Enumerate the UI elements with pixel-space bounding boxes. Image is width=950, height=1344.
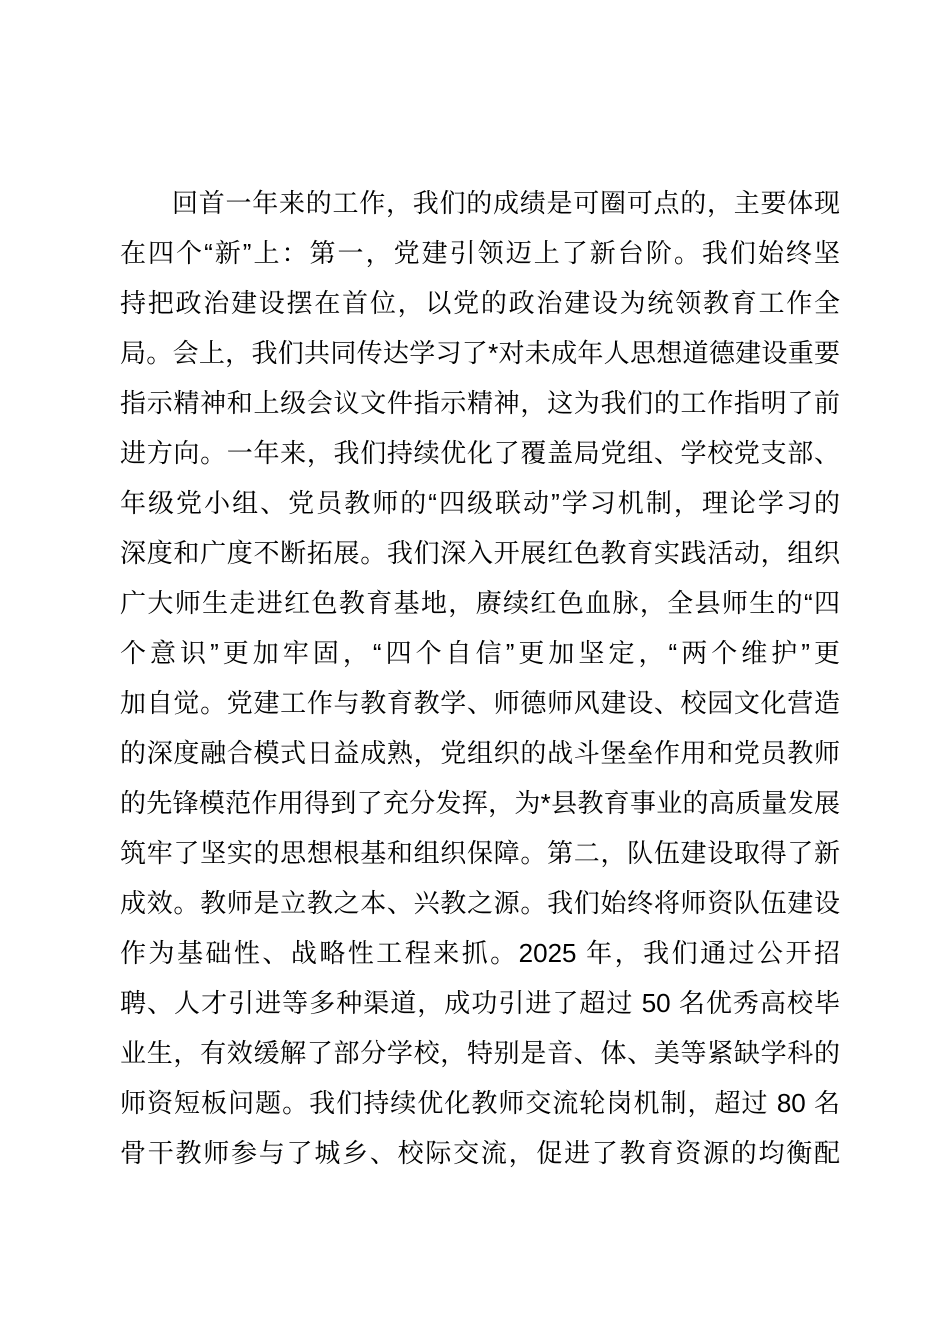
text-line: 业生，有效缓解了部分学校，特别是音、体、美等紧缺学科的 xyxy=(120,1028,840,1078)
text-line: 持把政治建设摆在首位，以党的政治建设为统领教育工作全 xyxy=(120,278,840,328)
text-line: 筑牢了坚实的思想根基和组织保障。第二，队伍建设取得了新 xyxy=(120,828,840,878)
text-line: 个意识”更加牢固，“四个自信”更加坚定，“两个维护”更 xyxy=(120,628,840,678)
text-line: 骨干教师参与了城乡、校际交流，促进了教育资源的均衡配 xyxy=(120,1128,840,1178)
text-line: 回首一年来的工作，我们的成绩是可圈可点的，主要体现 xyxy=(120,178,840,228)
text-line: 聘、人才引进等多种渠道，成功引进了超过 50 名优秀高校毕 xyxy=(120,978,840,1028)
text-line: 作为基础性、战略性工程来抓。2025 年，我们通过公开招 xyxy=(120,928,840,978)
text-line: 加自觉。党建工作与教育教学、师德师风建设、校园文化营造 xyxy=(120,678,840,728)
text-line: 广大师生走进红色教育基地，赓续红色血脉，全县师生的“四 xyxy=(120,578,840,628)
text-line: 成效。教师是立教之本、兴教之源。我们始终将师资队伍建设 xyxy=(120,878,840,928)
text-line: 的深度融合模式日益成熟，党组织的战斗堡垒作用和党员教师 xyxy=(120,728,840,778)
document-page: 回首一年来的工作，我们的成绩是可圈可点的，主要体现在四个“新”上：第一，党建引领… xyxy=(0,0,950,1344)
text-line: 的先锋模范作用得到了充分发挥，为*县教育事业的高质量发展 xyxy=(120,778,840,828)
text-line: 指示精神和上级会议文件指示精神，这为我们的工作指明了前 xyxy=(120,378,840,428)
text-line: 进方向。一年来，我们持续优化了覆盖局党组、学校党支部、 xyxy=(120,428,840,478)
text-line: 年级党小组、党员教师的“四级联动”学习机制，理论学习的 xyxy=(120,478,840,528)
text-line: 深度和广度不断拓展。我们深入开展红色教育实践活动，组织 xyxy=(120,528,840,578)
text-line: 局。会上，我们共同传达学习了*对未成年人思想道德建设重要 xyxy=(120,328,840,378)
body-paragraph: 回首一年来的工作，我们的成绩是可圈可点的，主要体现在四个“新”上：第一，党建引领… xyxy=(120,178,840,1178)
text-line: 师资短板问题。我们持续优化教师交流轮岗机制，超过 80 名 xyxy=(120,1078,840,1128)
text-line: 在四个“新”上：第一，党建引领迈上了新台阶。我们始终坚 xyxy=(120,228,840,278)
